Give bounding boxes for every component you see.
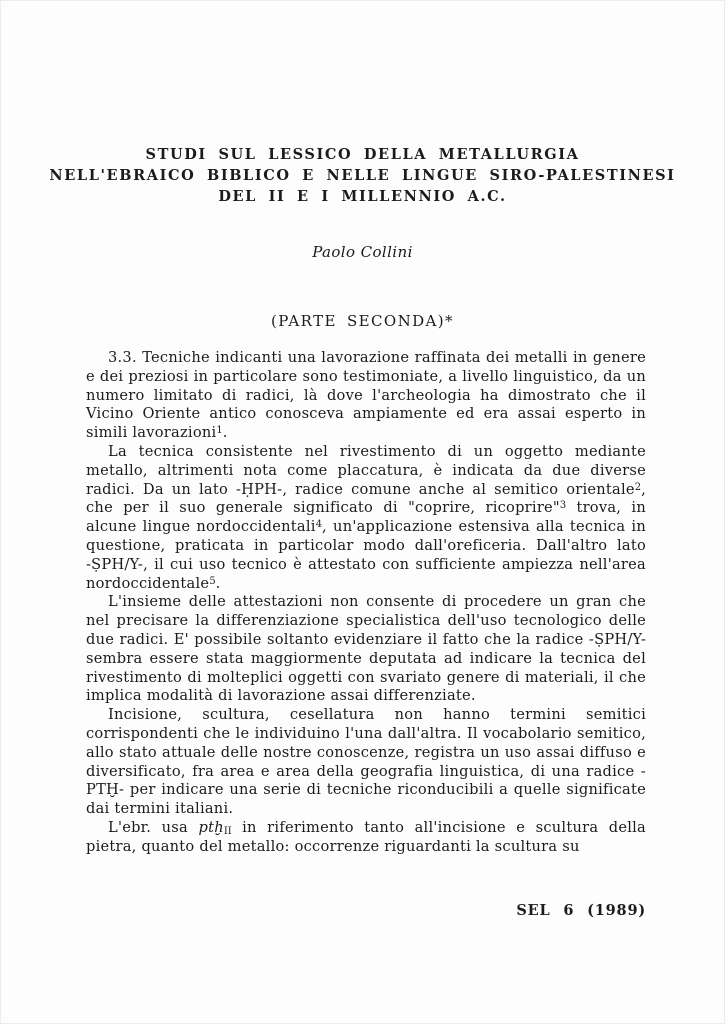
article-title-line-1: STUDI SUL LESSICO DELLA METALLURGIA	[1, 144, 724, 165]
text-run: L'ebr. usa	[108, 819, 198, 836]
article-title-line-3: DEL II E I MILLENNIO A.C.	[1, 186, 724, 207]
text-run: .	[223, 424, 228, 441]
article-title-line-2: NELL'EBRAICO BIBLICO E NELLE LINGUE SIRO…	[1, 165, 724, 186]
document-page: STUDI SUL LESSICO DELLA METALLURGIA NELL…	[0, 0, 725, 1024]
paragraph: 3.3. Tecniche indicanti una lavorazione …	[86, 349, 646, 443]
paragraph: L'insieme delle attestazioni non consent…	[86, 593, 646, 706]
subscript-text: II	[224, 826, 232, 837]
section-heading: (PARTE SECONDA)*	[1, 312, 724, 330]
paragraph: La tecnica consistente nel rivestimento …	[86, 443, 646, 593]
author-name: Paolo Collini	[1, 243, 724, 261]
article-title: STUDI SUL LESSICO DELLA METALLURGIA NELL…	[1, 144, 724, 207]
italic-term: ptḫ	[198, 819, 223, 836]
text-run: La tecnica consistente nel rivestimento …	[86, 443, 646, 498]
text-run: .	[216, 575, 221, 592]
text-run: Incisione, scultura, cesellatura non han…	[86, 706, 646, 817]
paragraph: L'ebr. usa ptḫII in riferimento tanto al…	[86, 819, 646, 857]
paragraph: Incisione, scultura, cesellatura non han…	[86, 706, 646, 819]
text-run: 3.3. Tecniche indicanti una lavorazione …	[86, 349, 646, 441]
article-body: 3.3. Tecniche indicanti una lavorazione …	[86, 349, 646, 857]
text-run: L'insieme delle attestazioni non consent…	[86, 593, 646, 704]
journal-footer: SEL 6 (1989)	[516, 902, 646, 919]
